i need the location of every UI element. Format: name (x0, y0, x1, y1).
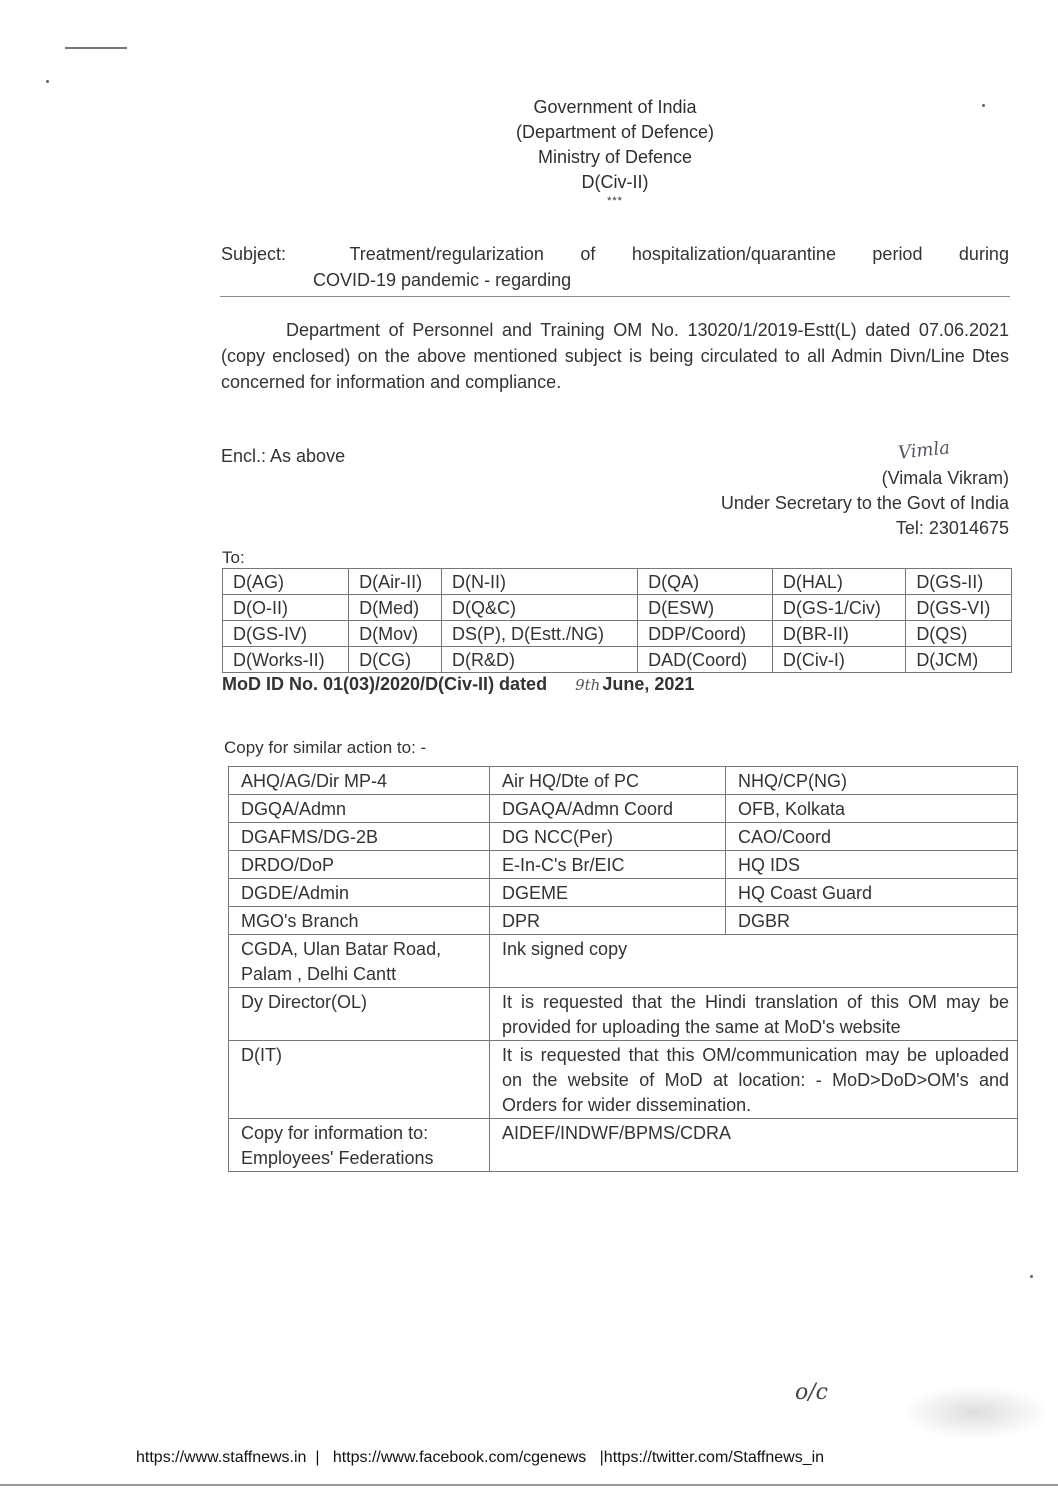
copy-row: DGAFMS/DG-2BDG NCC(Per)CAO/Coord (229, 823, 1018, 851)
mod-id-date: June, 2021 (602, 674, 694, 694)
copy-row-note: D(IT)It is requested that this OM/commun… (229, 1041, 1018, 1119)
recipient-cell: D(Civ-I) (772, 647, 905, 673)
recipient-cell: D(GS-1/Civ) (772, 595, 905, 621)
mod-id-number: MoD ID No. 01(03)/2020/D(Civ-II) dated (222, 674, 547, 694)
copy-recipient-cell: D(IT) (229, 1041, 490, 1119)
copy-recipient-cell: DGDE/Admin (229, 879, 490, 907)
signatory-phone: Tel: 23014675 (721, 516, 1009, 541)
copy-row: AHQ/AG/Dir MP-4Air HQ/Dte of PCNHQ/CP(NG… (229, 767, 1018, 795)
copy-row-note: CGDA, Ulan Batar Road, Palam , Delhi Can… (229, 935, 1018, 988)
copy-recipient-cell: E-In-C's Br/EIC (490, 851, 726, 879)
signatory-designation: Under Secretary to the Govt of India (721, 491, 1009, 516)
copy-recipient-cell: DGQA/Admn (229, 795, 490, 823)
letterhead-government: Government of India (480, 95, 750, 120)
footer-link-facebook[interactable]: https://www.facebook.com/cgenews (333, 1449, 586, 1466)
footer-separator: | (315, 1449, 319, 1466)
subject-word: Treatment/regularization (349, 241, 543, 267)
copy-row: MGO's BranchDPRDGBR (229, 907, 1018, 935)
copy-recipients-table: AHQ/AG/Dir MP-4Air HQ/Dte of PCNHQ/CP(NG… (228, 766, 1018, 1172)
footer-link-twitter[interactable]: https://twitter.com/Staffnews_in (604, 1449, 824, 1466)
recipient-cell: D(HAL) (772, 569, 905, 595)
recipient-cell: D(Med) (349, 595, 442, 621)
copy-row-note: Dy Director(OL)It is requested that the … (229, 988, 1018, 1041)
subject-word: during (959, 241, 1009, 267)
handwritten-signature: Vimla (897, 437, 951, 463)
handwritten-day: 9th (575, 676, 600, 694)
copy-recipient-cell: MGO's Branch (229, 907, 490, 935)
copy-instruction-cell: Ink signed copy (490, 935, 1018, 988)
scan-speck (46, 80, 49, 83)
to-label: To: (222, 548, 245, 568)
mod-id-line: MoD ID No. 01(03)/2020/D(Civ-II) dated9t… (222, 674, 694, 695)
copy-recipient-cell: DGEME (490, 879, 726, 907)
recipient-cell: D(CG) (349, 647, 442, 673)
copy-row-note: Copy for information to: Employees' Fede… (229, 1119, 1018, 1172)
copy-recipient-cell: DGBR (726, 907, 1018, 935)
recipient-cell: D(QA) (638, 569, 773, 595)
copy-recipient-cell: Air HQ/Dte of PC (490, 767, 726, 795)
signatory-block: (Vimala Vikram) Under Secretary to the G… (721, 466, 1009, 541)
scan-speck (1030, 1275, 1033, 1278)
letterhead: Government of India (Department of Defen… (480, 95, 750, 207)
subject-label: Subject: (221, 241, 313, 267)
recipients-row: D(Works-II)D(CG)D(R&D)DAD(Coord)D(Civ-I)… (223, 647, 1012, 673)
copy-recipient-cell: HQ Coast Guard (726, 879, 1018, 907)
scan-artifact-mark (65, 47, 127, 49)
recipient-cell: D(R&D) (441, 647, 637, 673)
enclosure-note: Encl.: As above (221, 446, 345, 467)
recipient-cell: D(Air-II) (349, 569, 442, 595)
footer-link-website[interactable]: https://www.staffnews.in (136, 1449, 306, 1466)
copy-recipient-cell: AHQ/AG/Dir MP-4 (229, 767, 490, 795)
copy-row: DRDO/DoPE-In-C's Br/EICHQ IDS (229, 851, 1018, 879)
recipient-cell: D(Mov) (349, 621, 442, 647)
copy-recipient-cell: Copy for information to: Employees' Fede… (229, 1119, 490, 1172)
copy-recipient-cell: DGAFMS/DG-2B (229, 823, 490, 851)
recipients-row: D(AG)D(Air-II)D(N-II)D(QA)D(HAL)D(GS-II) (223, 569, 1012, 595)
recipient-cell: D(BR-II) (772, 621, 905, 647)
recipient-cell: D(JCM) (906, 647, 1012, 673)
scan-smudge (900, 1385, 1050, 1440)
copy-instruction-cell: It is requested that the Hindi translati… (490, 988, 1018, 1041)
recipient-cell: D(GS-II) (906, 569, 1012, 595)
subject-line-2: COVID-19 pandemic - regarding (221, 267, 1009, 293)
handwritten-oc-note: o/c (795, 1380, 828, 1405)
copy-recipient-cell: NHQ/CP(NG) (726, 767, 1018, 795)
copy-recipient-cell: CAO/Coord (726, 823, 1018, 851)
body-paragraph-text: Department of Personnel and Training OM … (221, 320, 1009, 392)
recipient-cell: DDP/Coord) (638, 621, 773, 647)
recipient-cell: DS(P), D(Estt./NG) (441, 621, 637, 647)
copy-row: DGDE/AdminDGEMEHQ Coast Guard (229, 879, 1018, 907)
subject-word: hospitalization/quarantine (632, 241, 836, 267)
copy-label: Copy for similar action to: - (224, 738, 426, 758)
copy-instruction-cell: AIDEF/INDWF/BPMS/CDRA (490, 1119, 1018, 1172)
recipients-row: D(GS-IV)D(Mov)DS(P), D(Estt./NG)DDP/Coor… (223, 621, 1012, 647)
subject-word: of (580, 241, 595, 267)
recipient-cell: D(ESW) (638, 595, 773, 621)
recipient-cell: D(Works-II) (223, 647, 349, 673)
copy-row: DGQA/AdmnDGAQA/Admn CoordOFB, Kolkata (229, 795, 1018, 823)
copy-recipient-cell: DG NCC(Per) (490, 823, 726, 851)
copy-instruction-cell: It is requested that this OM/communicati… (490, 1041, 1018, 1119)
scan-speck (982, 104, 985, 107)
letterhead-stars: *** (480, 195, 750, 207)
copy-recipient-cell: DPR (490, 907, 726, 935)
recipient-cell: D(N-II) (441, 569, 637, 595)
recipient-cell: D(GS-VI) (906, 595, 1012, 621)
letterhead-section: D(Civ-II) (480, 170, 750, 195)
copy-recipient-cell: DRDO/DoP (229, 851, 490, 879)
subject-divider (220, 296, 1010, 297)
recipient-cell: DAD(Coord) (638, 647, 773, 673)
subject-word: period (872, 241, 922, 267)
signatory-name: (Vimala Vikram) (721, 466, 1009, 491)
letterhead-department: (Department of Defence) (480, 120, 750, 145)
copy-recipient-cell: Dy Director(OL) (229, 988, 490, 1041)
copy-recipient-cell: CGDA, Ulan Batar Road, Palam , Delhi Can… (229, 935, 490, 988)
footer-links: https://www.staffnews.in | https://www.f… (136, 1449, 824, 1467)
recipients-row: D(O-II)D(Med)D(Q&C)D(ESW)D(GS-1/Civ)D(GS… (223, 595, 1012, 621)
copy-recipient-cell: HQ IDS (726, 851, 1018, 879)
body-paragraph: Department of Personnel and Training OM … (221, 317, 1009, 395)
copy-recipient-cell: OFB, Kolkata (726, 795, 1018, 823)
subject-block: Subject: Treatment/regularization of hos… (221, 241, 1009, 293)
letterhead-ministry: Ministry of Defence (480, 145, 750, 170)
recipient-cell: D(GS-IV) (223, 621, 349, 647)
recipient-cell: D(QS) (906, 621, 1012, 647)
recipient-cell: D(AG) (223, 569, 349, 595)
recipient-cell: D(Q&C) (441, 595, 637, 621)
recipient-cell: D(O-II) (223, 595, 349, 621)
copy-recipient-cell: DGAQA/Admn Coord (490, 795, 726, 823)
recipients-table: D(AG)D(Air-II)D(N-II)D(QA)D(HAL)D(GS-II)… (222, 568, 1012, 673)
footer-divider (0, 1484, 1058, 1486)
